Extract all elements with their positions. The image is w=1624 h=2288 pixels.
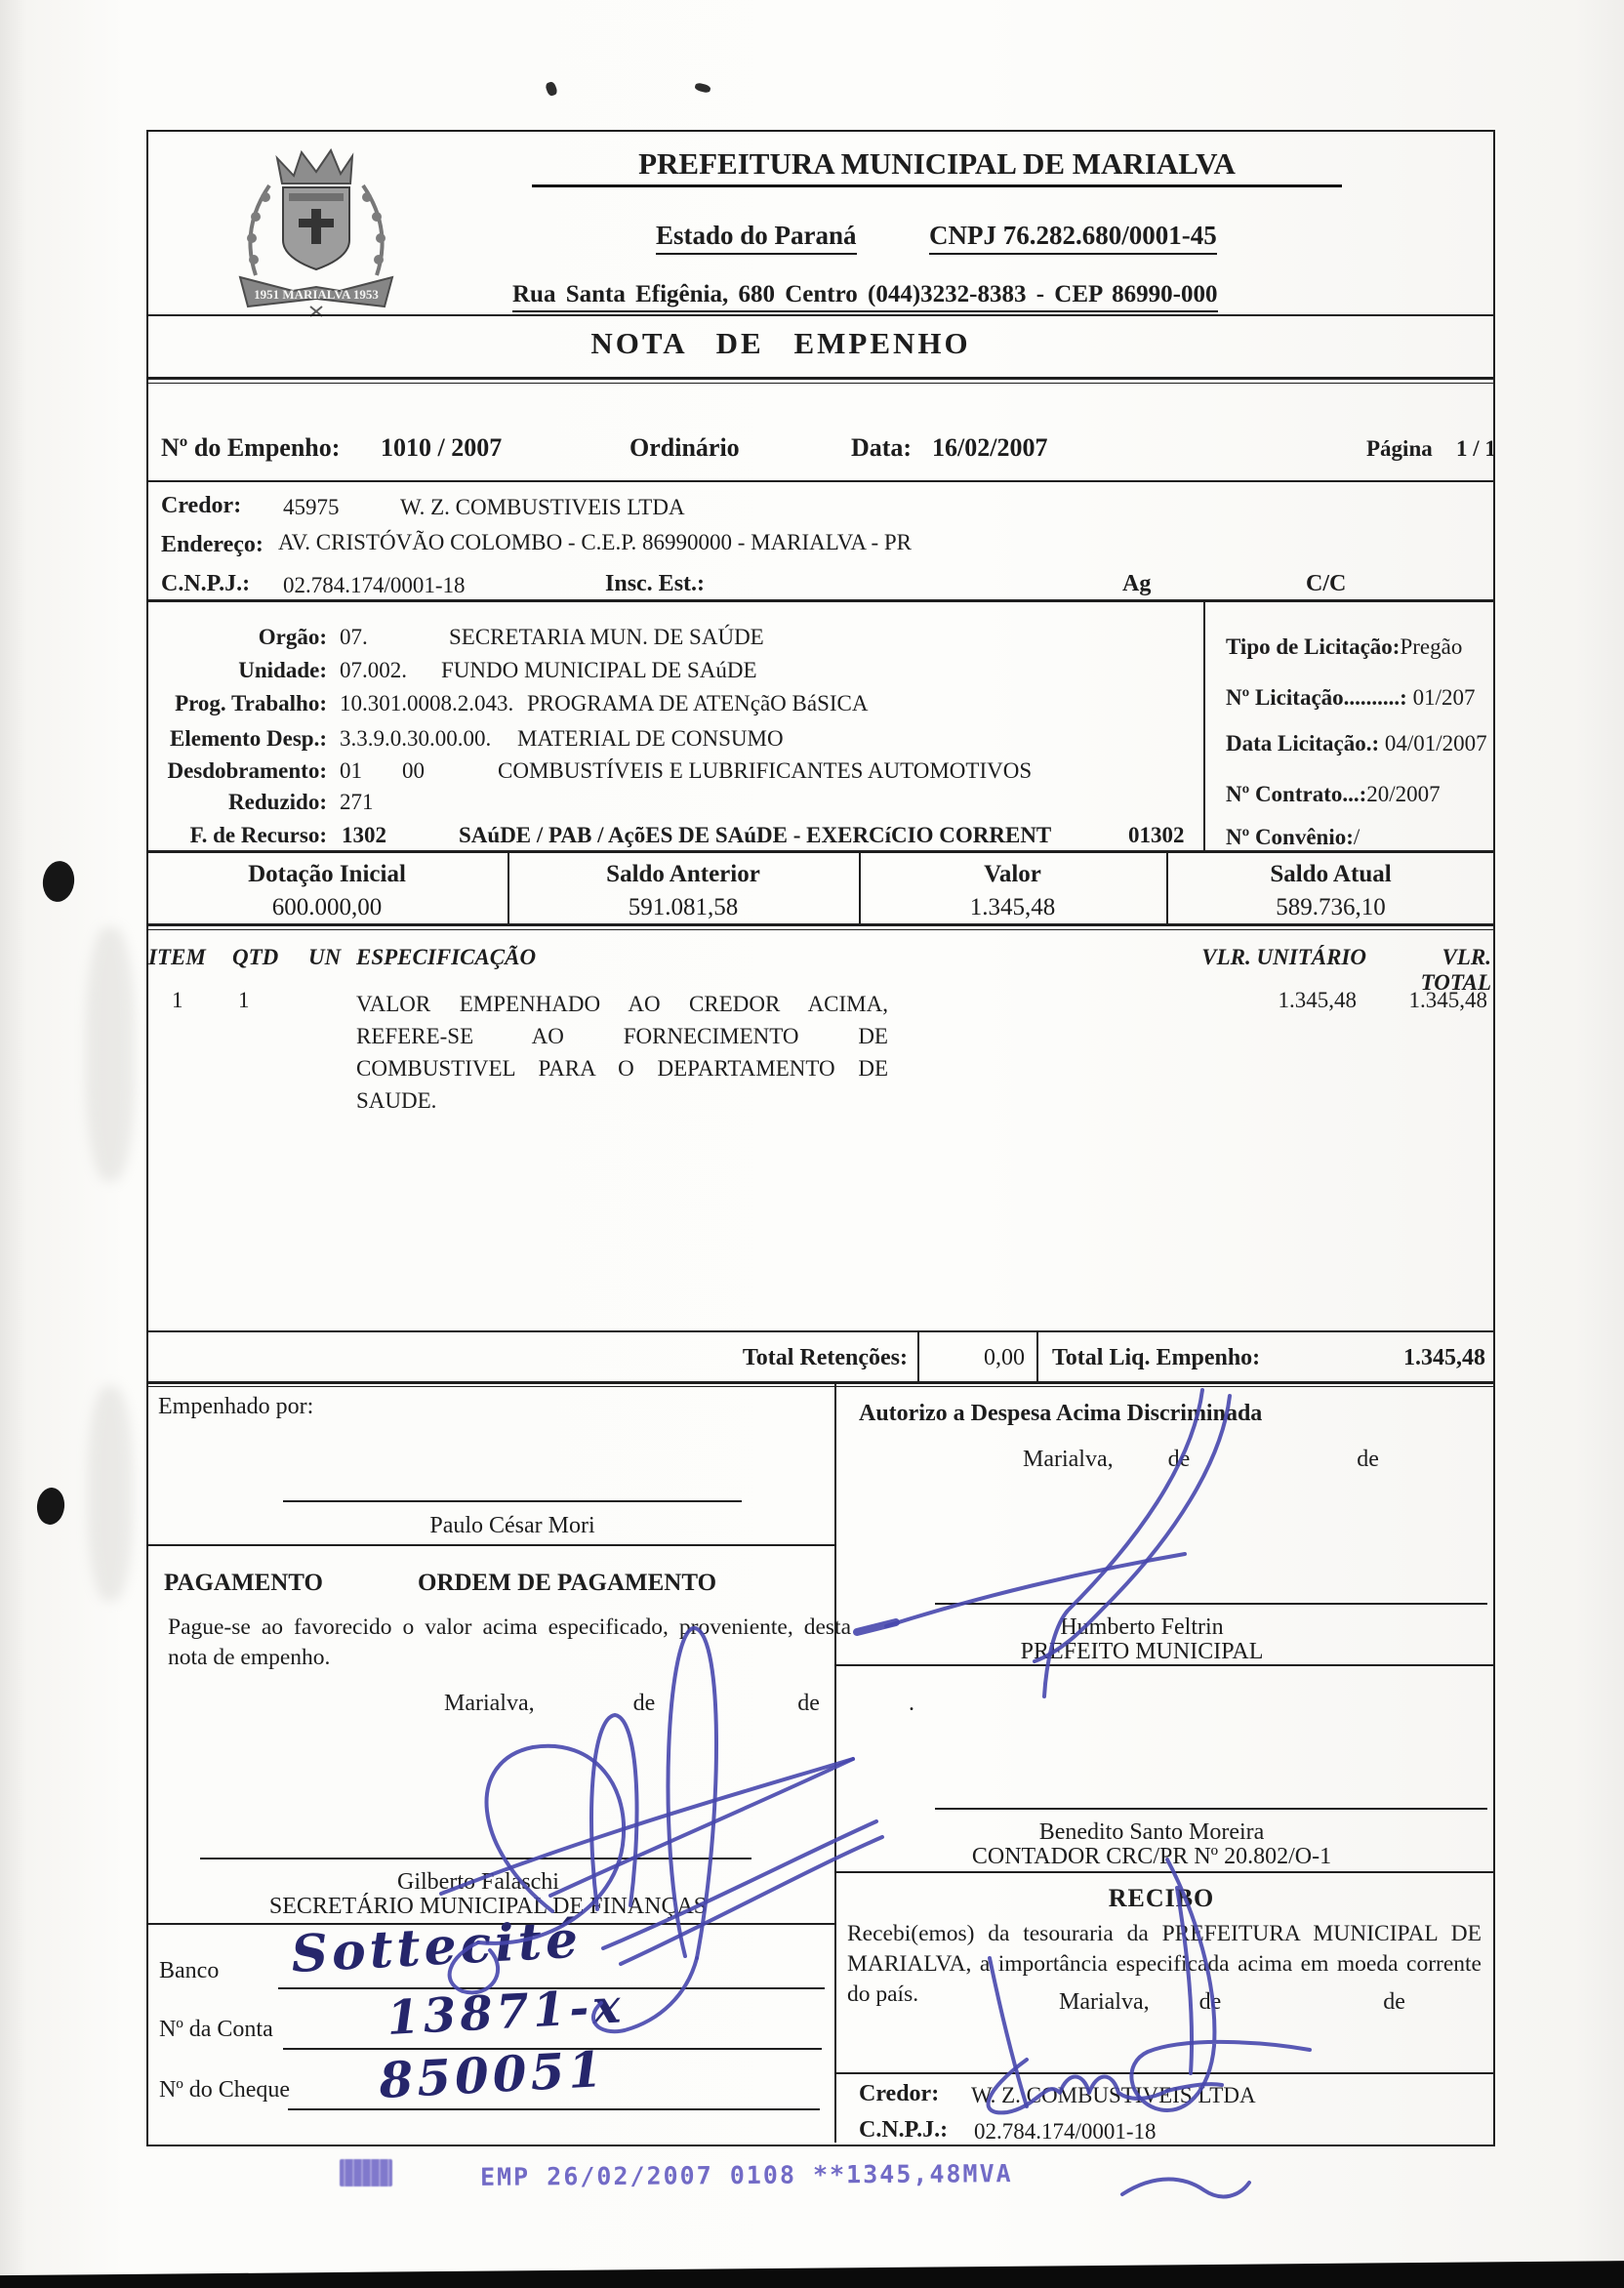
rule-h <box>146 1386 1493 1387</box>
rule-v <box>834 1381 836 2143</box>
rule-h <box>146 929 1493 930</box>
insc-est-label: Insc. Est.: <box>605 571 705 597</box>
valor-value: 1.345,48 <box>859 894 1166 921</box>
cidade-label: Marialva, <box>1059 1989 1150 2015</box>
recibo-title: RECIBO <box>1035 1884 1288 1913</box>
header-address: Rua Santa Efigênia, 680 Centro (044)3232… <box>512 281 1218 312</box>
rule-h <box>146 923 1493 926</box>
recibo-credor-label: Credor: <box>859 2081 939 2107</box>
orgao-code: 07. <box>340 625 368 650</box>
pague-se-texto: Pague-se ao favorecido o valor acima esp… <box>168 1613 851 1673</box>
signature-line <box>935 1603 1487 1605</box>
valor-header: Valor <box>859 861 1166 888</box>
empenho-modalidade: Ordinário <box>629 433 740 463</box>
de-label: de <box>1357 1447 1379 1472</box>
col-header-vlr-unitario: VLR. UNITÁRIO <box>1191 945 1366 970</box>
empenho-date-value: 16/02/2007 <box>932 433 1047 463</box>
de-label: de <box>1199 1989 1222 2015</box>
crown <box>277 150 352 184</box>
unidade-desc: FUNDO MUNICIPAL DE SAúDE <box>441 658 757 683</box>
rule-v <box>859 850 861 923</box>
signature-line <box>283 1500 742 1502</box>
orgao-desc: SECRETARIA MUN. DE SAÚDE <box>449 625 764 650</box>
saldo-anterior-header: Saldo Anterior <box>507 861 859 888</box>
recibo-credor-nome: W. Z. COMBUSTIVEIS LTDA <box>971 2083 1256 2108</box>
conta-label: Nº da Conta <box>159 2017 273 2043</box>
ag-label: Ag <box>1122 571 1151 597</box>
cheque-line <box>288 2108 820 2110</box>
cidade-label: Marialva, <box>444 1691 535 1716</box>
total-liq-value: 1.345,48 <box>1357 1345 1485 1371</box>
recurso-code: 1302 <box>342 823 386 848</box>
col-header-qtd: QTD <box>232 945 278 970</box>
item-row-especificacao: VALOR EMPENHADO AO CREDOR ACIMA, REFERE-… <box>356 988 888 1117</box>
licitacao-data: Data Licitação.: 04/01/2007 <box>1226 731 1487 756</box>
elemento-desp-code: 3.3.9.0.30.00.00. <box>340 726 491 752</box>
rule-h <box>146 599 1493 602</box>
banco-label: Banco <box>159 1958 219 1984</box>
empenhado-por-nome: Paulo César Mori <box>322 1513 703 1539</box>
saldo-atual-value: 589.736,10 <box>1166 894 1495 921</box>
secretario-nome: Gilberto Falaschi <box>293 1869 664 1896</box>
stamp-ink-block <box>340 2159 392 2186</box>
total-retencoes-label: Total Retenções: <box>586 1345 908 1371</box>
desdobramento-label: Desdobramento: <box>146 758 327 784</box>
page-title: PREFEITURA MUNICIPAL DE MARIALVA <box>532 146 1342 187</box>
rule-v <box>1036 1330 1038 1381</box>
credor-name: W. Z. COMBUSTIVEIS LTDA <box>400 495 685 520</box>
col-header-un: UN <box>308 945 341 970</box>
scan-bottom-edge <box>0 2255 1624 2288</box>
pagamento-title: PAGAMENTO <box>164 1570 323 1597</box>
col-header-item: ITEM <box>148 945 206 970</box>
item-row-vlr-total: 1.345,48 <box>1353 988 1487 1013</box>
de-label: de <box>797 1691 820 1716</box>
recurso-desc: SAúDE / PAB / AçõES DE SAúDE - EXERCíCIO… <box>459 823 1051 848</box>
scan-smudge <box>88 1386 133 1601</box>
prefeito-nome: Humberto Feltrin <box>927 1614 1357 1641</box>
recibo-cnpj-value: 02.784.174/0001-18 <box>974 2119 1157 2145</box>
total-retencoes-value: 0,00 <box>927 1345 1025 1371</box>
recurso-extra-code: 01302 <box>1128 823 1185 848</box>
licitacao-numero: Nº Licitação..........: 01/207 <box>1226 685 1475 711</box>
cnpj-label: C.N.P.J.: <box>161 571 250 597</box>
empenhado-por-label: Empenhado por: <box>158 1394 313 1420</box>
orgao-label: Orgão: <box>146 625 327 650</box>
saldo-atual-header: Saldo Atual <box>1166 861 1495 888</box>
endereco-value: AV. CRISTÓVÃO COLOMBO - C.E.P. 86990000 … <box>278 530 912 555</box>
desdobramento-desc: COMBUSTÍVEIS E LUBRIFICANTES AUTOMOTIVOS <box>498 758 1032 784</box>
reduzido-code: 271 <box>340 790 374 815</box>
doc-title: NOTA DE EMPENHO <box>146 326 1415 361</box>
punch-hole-top <box>40 859 77 904</box>
cheque-manuscrito: 850051 <box>378 2040 608 2109</box>
scanned-document: 1951 MARIALVA 1953 PREFEITURA MUNICIPAL … <box>0 0 1624 2288</box>
autorizo-title: Autorizo a Despesa Acima Discriminada <box>859 1401 1262 1427</box>
shield-band <box>289 193 344 201</box>
page-number-label: Página <box>1366 436 1433 462</box>
punch-hole-bottom <box>35 1487 66 1527</box>
contrato-value: 20/2007 <box>1366 782 1440 806</box>
ordem-pagamento-title: ORDEM DE PAGAMENTO <box>418 1570 716 1597</box>
de-label: de <box>1168 1447 1191 1472</box>
total-liq-label: Total Liq. Empenho: <box>1052 1345 1260 1371</box>
licitacao-numero-value: 01/207 <box>1407 685 1476 710</box>
coat-of-arms: 1951 MARIALVA 1953 <box>183 144 449 318</box>
contador-nome: Benedito Santo Moreira <box>932 1819 1371 1846</box>
empenho-number-label: Nº do Empenho: <box>161 433 340 463</box>
stamp-text: EMP 26/02/2007 0108 **1345,48MVA <box>480 2159 1013 2191</box>
empenho-date-label: Data: <box>851 433 912 463</box>
endereco-label: Endereço: <box>161 532 264 558</box>
empenho-number-value: 1010 / 2007 <box>381 433 502 463</box>
item-row-qtd: 1 <box>238 988 250 1013</box>
rule-h <box>146 1381 1493 1384</box>
dotacao-inicial-header: Dotação Inicial <box>146 861 507 888</box>
rule-v <box>1166 850 1168 923</box>
ribbon-text: 1951 MARIALVA 1953 <box>254 287 379 302</box>
cidade-data-autorizo: Marialva, de de <box>1023 1447 1379 1473</box>
cidade-label: Marialva, <box>1023 1447 1114 1472</box>
licitacao-data-label: Data Licitação.: <box>1226 731 1379 756</box>
convenio: Nº Convênio:/ <box>1226 825 1360 850</box>
rule-v <box>1203 599 1205 850</box>
scan-smudge <box>86 927 135 1181</box>
unidade-label: Unidade: <box>146 658 327 683</box>
cnpj-value: 02.784.174/0001-18 <box>283 573 466 598</box>
rule-h <box>836 1664 1493 1666</box>
rule-h <box>836 2072 1493 2074</box>
credor-label: Credor: <box>161 493 241 519</box>
rule-v <box>917 1330 919 1381</box>
signature-line <box>935 1808 1487 1810</box>
prog-trabalho-code: 10.301.0008.2.043. <box>340 691 513 716</box>
signature-credor-tick <box>1122 2180 1249 2197</box>
item-row-vlr-unitario: 1.345,48 <box>1220 988 1357 1013</box>
recurso-label: F. de Recurso: <box>146 823 327 848</box>
col-header-especificacao: ESPECIFICAÇÃO <box>356 945 536 970</box>
item-row-num: 1 <box>172 988 183 1013</box>
credor-code: 45975 <box>283 495 340 520</box>
elemento-desp-label: Elemento Desp.: <box>146 726 327 752</box>
licitacao-numero-label: Nº Licitação..........: <box>1226 685 1407 710</box>
de-label: de <box>633 1691 656 1716</box>
cheque-label: Nº do Cheque <box>159 2077 290 2104</box>
header-state: Estado do Paraná <box>656 221 857 255</box>
licitacao-data-value: 04/01/2007 <box>1379 731 1487 756</box>
licitacao-tipo-label: Tipo de Licitação: <box>1226 634 1400 659</box>
de-label: de <box>1383 1989 1405 2015</box>
unidade-code: 07.002. <box>340 658 407 683</box>
contador-cargo: CONTADOR CRC/PR Nº 20.802/O-1 <box>932 1844 1371 1870</box>
cc-label: C/C <box>1306 571 1346 597</box>
rule-h <box>836 1871 1493 1873</box>
dotacao-inicial-value: 600.000,00 <box>146 894 507 921</box>
reduzido-label: Reduzido: <box>146 790 327 815</box>
rule-h <box>146 480 1493 482</box>
prog-trabalho-desc: PROGRAMA DE ATENçãO BáSICA <box>527 691 868 716</box>
licitacao-tipo-value: Pregão <box>1400 634 1462 659</box>
rule-h <box>146 1544 834 1546</box>
scan-speck <box>694 82 711 94</box>
recibo-cnpj-label: C.N.P.J.: <box>859 2117 948 2144</box>
signature-line <box>200 1858 751 1859</box>
rule-h <box>146 314 1493 316</box>
cidade-data-recibo: Marialva, de de <box>1059 1989 1405 2016</box>
period: . <box>909 1691 914 1716</box>
scan-speck <box>545 81 558 98</box>
desdobramento-code2: 00 <box>402 758 425 784</box>
page-number-value: 1 / 1 <box>1456 436 1496 462</box>
shield-cross-h <box>299 219 334 227</box>
rule-h <box>146 850 1493 853</box>
elemento-desp-desc: MATERIAL DE CONSUMO <box>517 726 784 752</box>
rule-h <box>146 1330 1493 1332</box>
contrato: Nº Contrato...:20/2007 <box>1226 782 1441 807</box>
prefeito-cargo: PREFEITO MUNICIPAL <box>927 1639 1357 1665</box>
header-cnpj: CNPJ 76.282.680/0001-45 <box>929 221 1217 255</box>
rule-h <box>146 377 1493 380</box>
rule-h <box>146 383 1493 384</box>
cidade-data-pagamento: Marialva, de de . <box>444 1691 914 1717</box>
prog-trabalho-label: Prog. Trabalho: <box>146 691 327 716</box>
contrato-label: Nº Contrato...: <box>1226 782 1366 806</box>
convenio-value: / <box>1354 825 1360 849</box>
convenio-label: Nº Convênio: <box>1226 825 1354 849</box>
desdobramento-code: 01 <box>340 758 362 784</box>
saldo-anterior-value: 591.081,58 <box>507 894 859 921</box>
rule-v <box>507 850 509 923</box>
licitacao-tipo: Tipo de Licitação:Pregão <box>1226 634 1462 660</box>
